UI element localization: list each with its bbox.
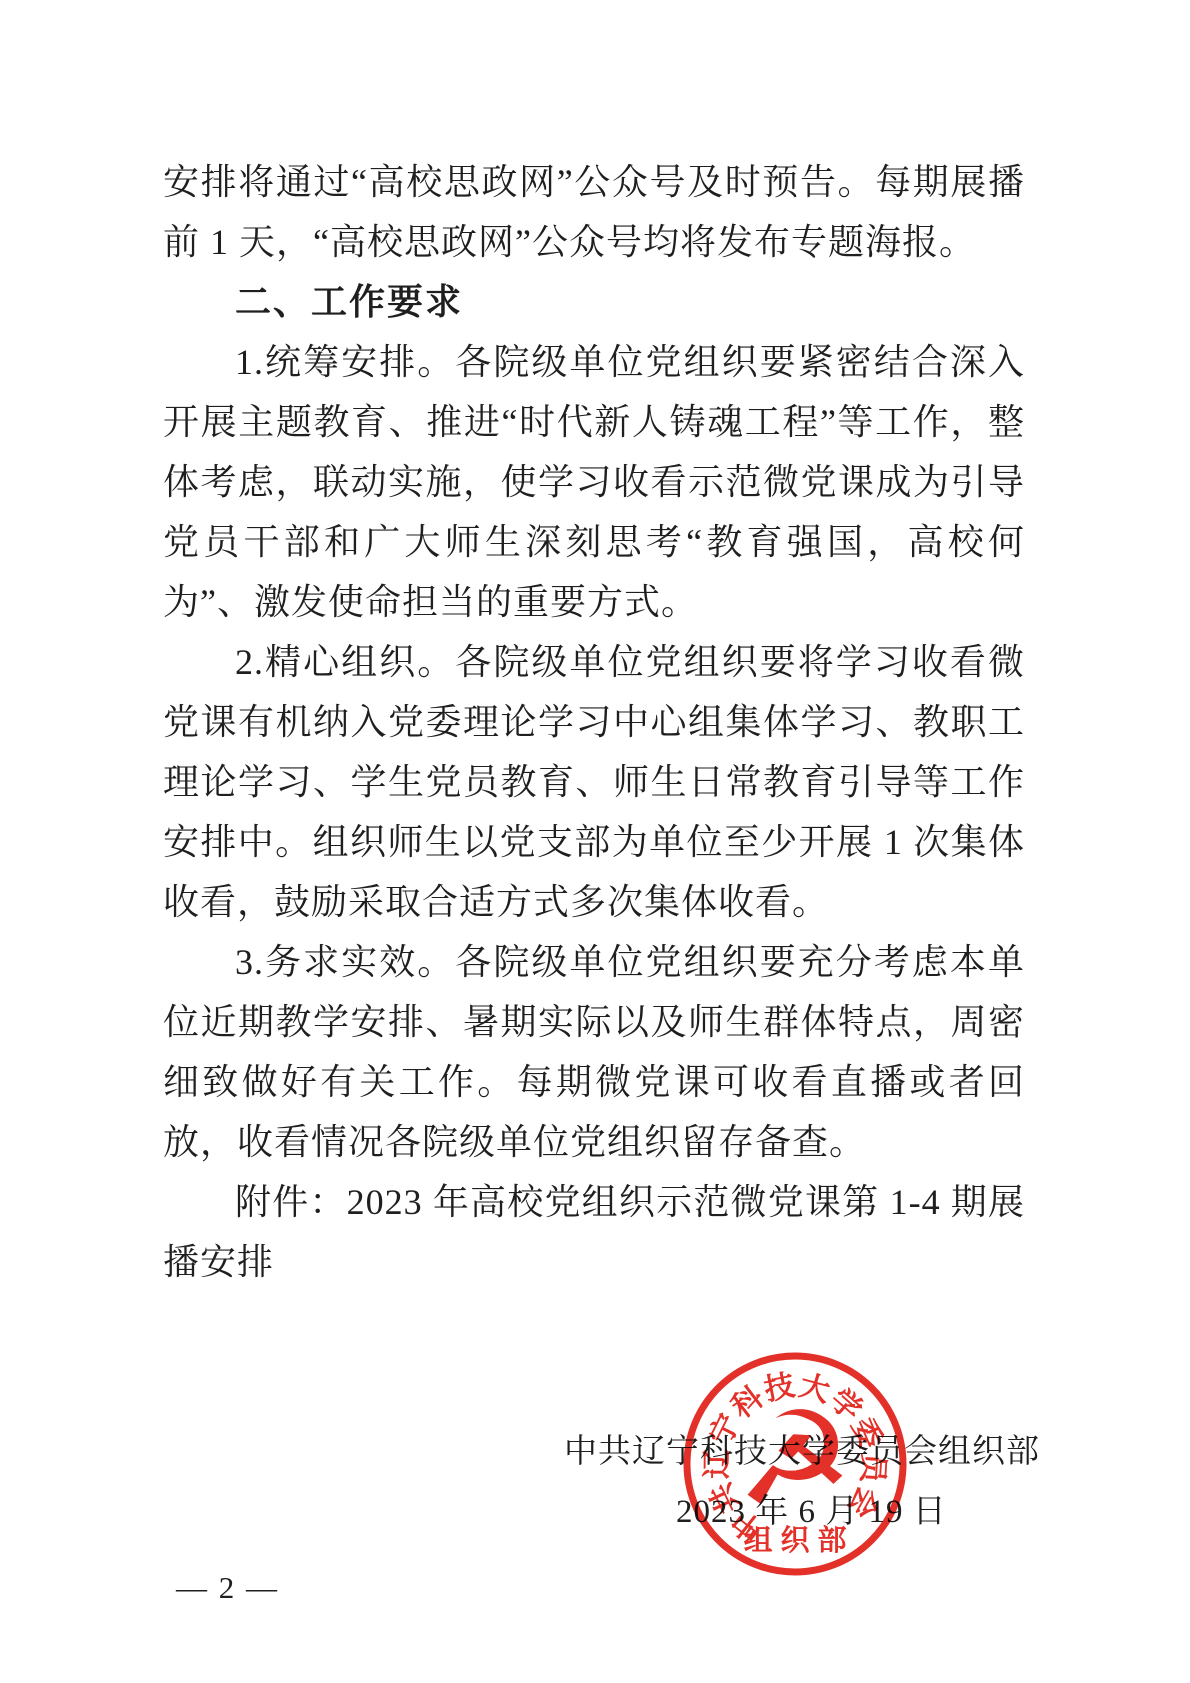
document-body: 安排将通过“高校思政网”公众号及时预告。每期展播前 1 天，“高校思政网”公众号… bbox=[163, 152, 1025, 1292]
continuation-paragraph: 安排将通过“高校思政网”公众号及时预告。每期展播前 1 天，“高校思政网”公众号… bbox=[163, 152, 1025, 272]
paragraph-2: 2.精心组织。各院级单位党组织要将学习收看微党课有机纳入党委理论学习中心组集体学… bbox=[163, 632, 1025, 932]
section-heading: 二、工作要求 bbox=[163, 272, 1025, 332]
page-number: — 2 — bbox=[176, 1568, 279, 1608]
paragraph-1: 1.统筹安排。各院级单位党组织要紧密结合深入开展主题教育、推进“时代新人铸魂工程… bbox=[163, 332, 1025, 632]
seal-bottom-text: 组织部 bbox=[743, 1524, 854, 1557]
official-seal: 中共辽宁科技大学委员会 ☭ 组织部 bbox=[683, 1352, 907, 1576]
hammer-and-sickle-icon: ☭ bbox=[737, 1383, 854, 1535]
paragraph-3: 3.务求实效。各院级单位党组织要充分考虑本单位近期教学安排、暑期实际以及师生群体… bbox=[163, 932, 1025, 1172]
attachment-line: 附件：2023 年高校党组织示范微党课第 1-4 期展播安排 bbox=[163, 1172, 1025, 1292]
document-page: 安排将通过“高校思政网”公众号及时预告。每期展播前 1 天，“高校思政网”公众号… bbox=[0, 0, 1190, 1683]
